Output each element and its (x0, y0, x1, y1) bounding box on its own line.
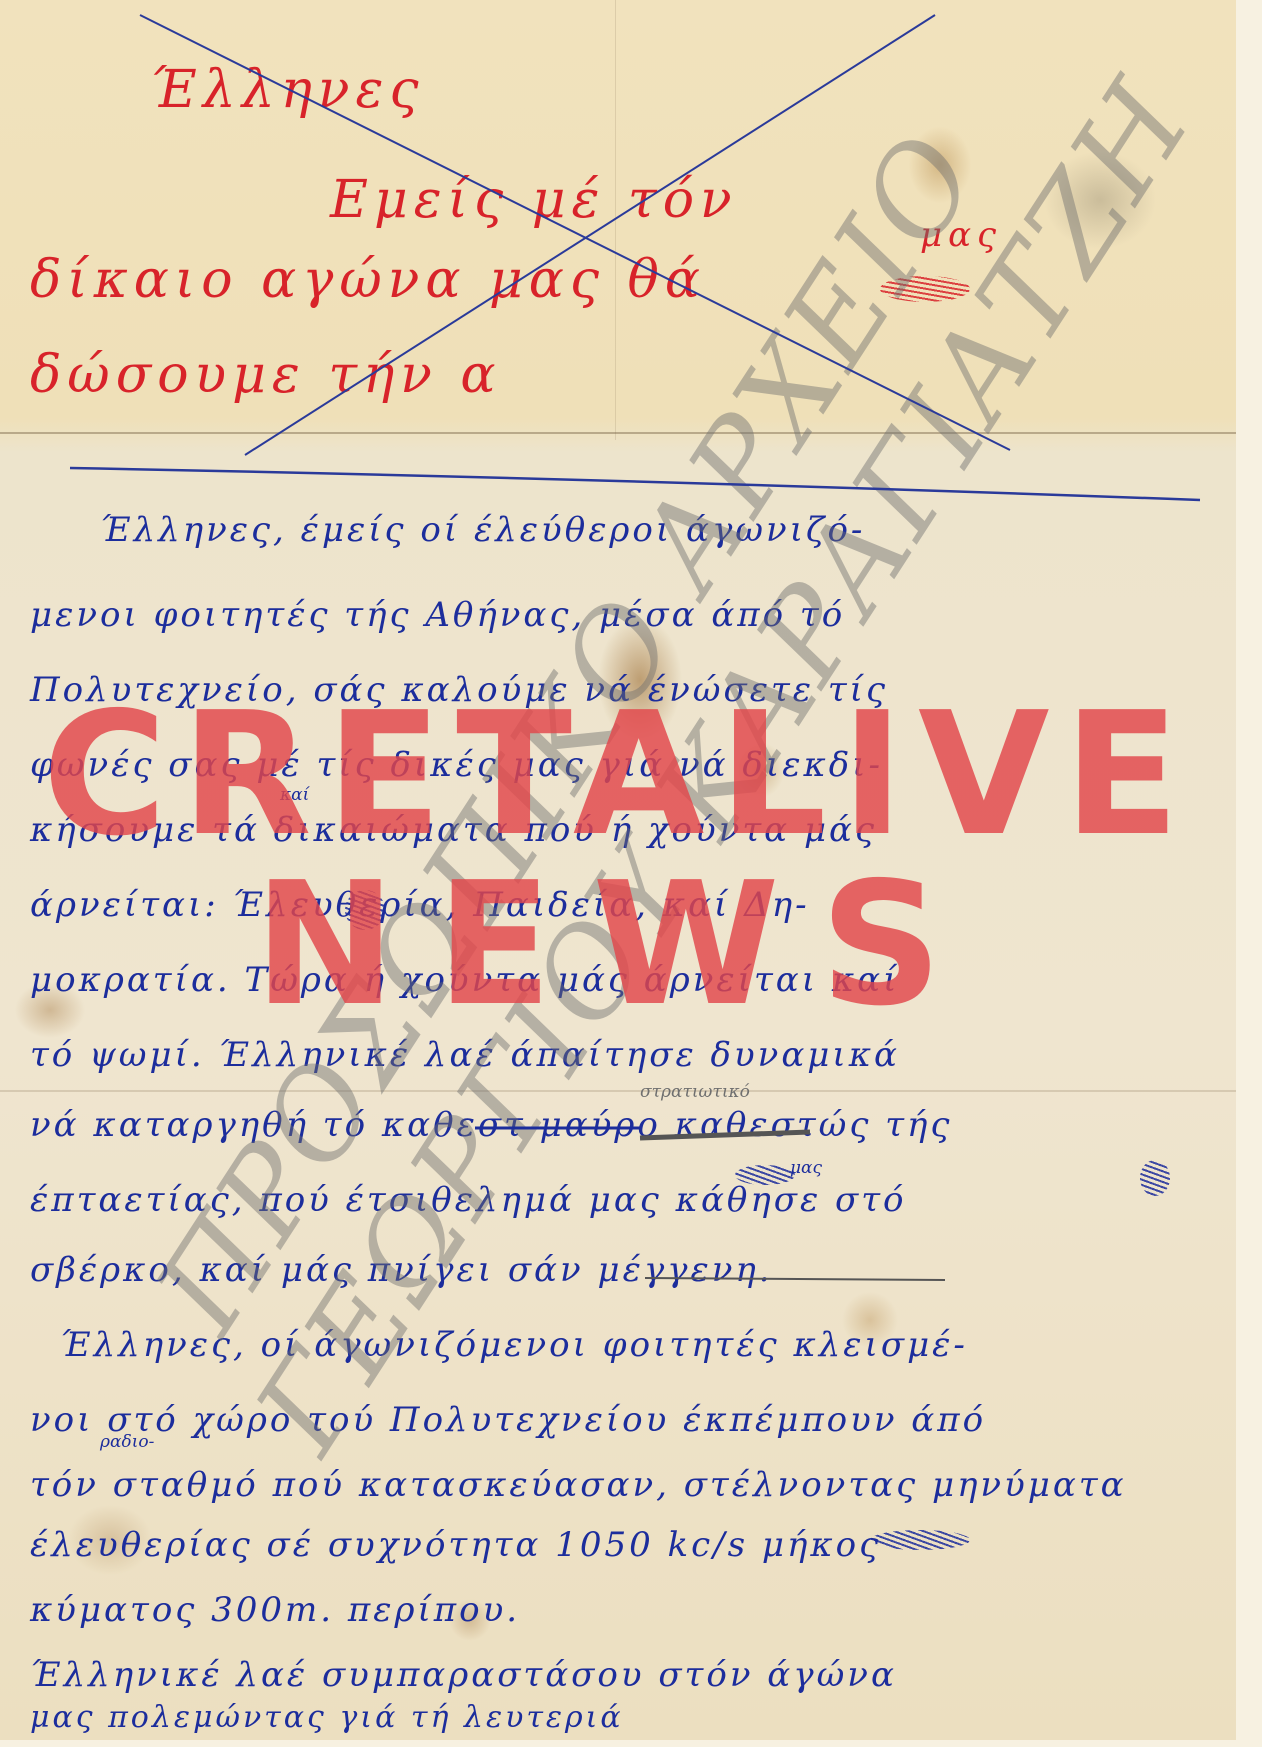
interlinear-note: στρατιωτικό (640, 1082, 750, 1102)
header-line-1: Έλληνες (150, 60, 425, 120)
header-line-3: δίκαιο αγώνα μας θά (30, 250, 706, 310)
brand-watermark-line-1: CRETALIVE (0, 690, 1236, 860)
header-line-2: Εμείς μέ τόν (330, 170, 738, 230)
body-line: μας πολεμώντας γιά τή λευτεριά (30, 1700, 624, 1735)
body-line: κύματος 300m. περίπου. (30, 1590, 520, 1630)
blue-scribble (870, 1530, 970, 1550)
body-line: νοι στό χώρο τού Πολυτεχνείου έκπέμπουν … (30, 1400, 986, 1440)
fold-crease (0, 1090, 1236, 1092)
document-page: Έλληνες Εμείς μέ τόν μας δίκαιο αγώνα μα… (0, 0, 1236, 1740)
blue-scribble (1140, 1160, 1170, 1196)
body-line: Έλληνικέ λαέ συμπαραστάσου στόν άγώνα (30, 1655, 897, 1695)
brand-watermark-line-2: NEWS (0, 860, 1236, 1030)
interlinear-note: ραδιο- (100, 1432, 154, 1452)
header-line-4: δώσουμε τήν α (30, 345, 502, 405)
body-line: τόν σταθμό πού κατασκεύασαν, στέλνοντας … (30, 1465, 1127, 1505)
body-line: έλευθερίας σέ συχνότητα 1050 kc/s μήκος (30, 1525, 881, 1565)
body-line: Έλληνες, οί άγωνιζόμενοι φοιτητές κλεισμ… (60, 1325, 968, 1365)
fold-crease (0, 432, 1236, 434)
